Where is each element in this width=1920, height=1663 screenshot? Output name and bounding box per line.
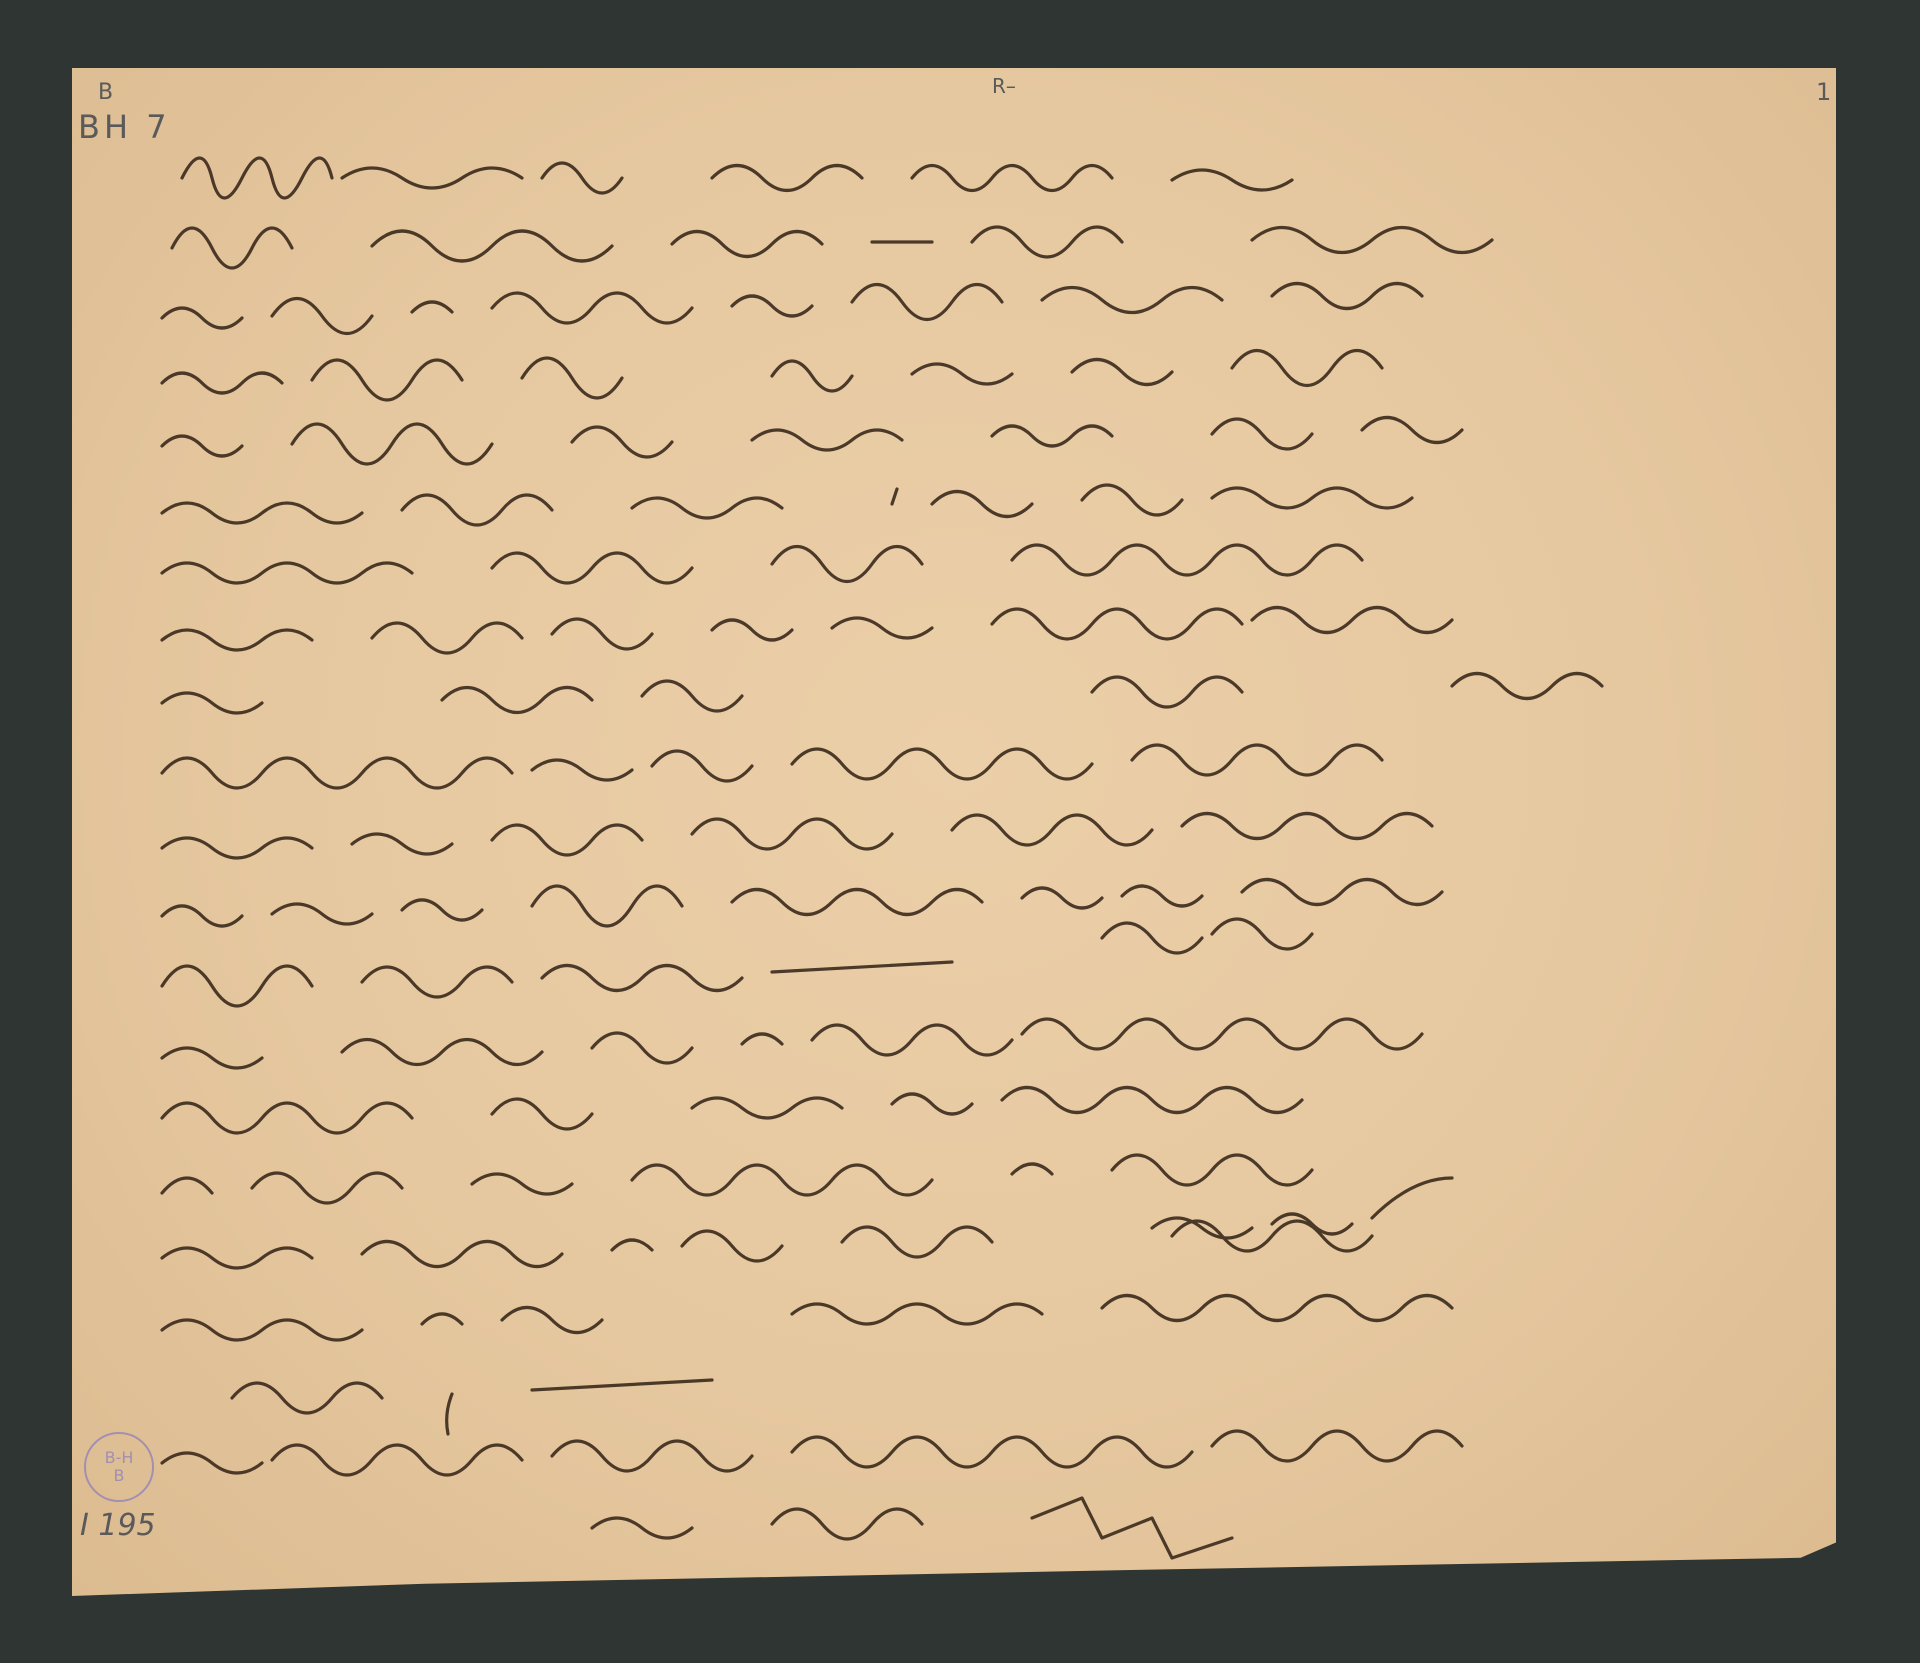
handwritten-text	[72, 68, 1836, 1596]
manuscript-page: B BH 7 R– 1 B-H B I 195	[72, 68, 1836, 1596]
